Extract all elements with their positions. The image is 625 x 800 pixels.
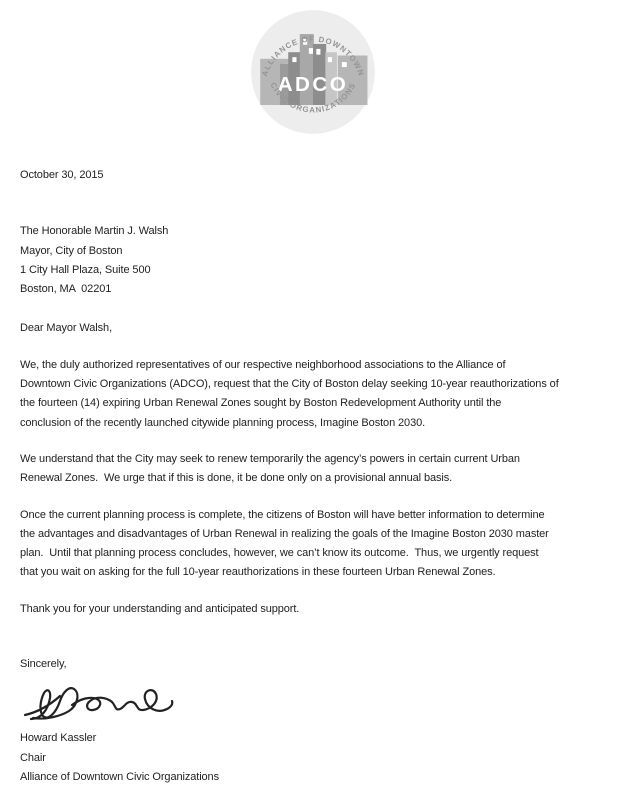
letter-paragraph-2: We understand that the City may seek to … bbox=[20, 450, 619, 489]
letter-paragraph-3: Once the current planning process is com… bbox=[20, 506, 619, 583]
adco-logo-icon: ADCO ALLIANCE OF DOWNTOWN CIVIC ORGANIZA… bbox=[247, 6, 379, 138]
signature-icon bbox=[22, 675, 182, 727]
closing-salutation: Sincerely, bbox=[20, 655, 619, 674]
logo-acronym: ADCO bbox=[277, 73, 348, 96]
salutation: Dear Mayor Walsh, bbox=[20, 319, 619, 338]
letter-body: October 30, 2015 The Honorable Martin J.… bbox=[0, 166, 625, 787]
signer-block: Howard Kassler Chair Alliance of Downtow… bbox=[20, 729, 619, 787]
adco-logo: ADCO ALLIANCE OF DOWNTOWN CIVIC ORGANIZA… bbox=[0, 0, 625, 138]
letter-date: October 30, 2015 bbox=[20, 166, 619, 185]
handwritten-signature bbox=[22, 675, 619, 727]
letter-paragraph-4: Thank you for your understanding and ant… bbox=[20, 600, 619, 619]
letter-document: ADCO ALLIANCE OF DOWNTOWN CIVIC ORGANIZA… bbox=[0, 0, 625, 800]
recipient-address: The Honorable Martin J. Walsh Mayor, Cit… bbox=[20, 222, 619, 299]
letter-paragraph-1: We, the duly authorized representatives … bbox=[20, 356, 619, 433]
